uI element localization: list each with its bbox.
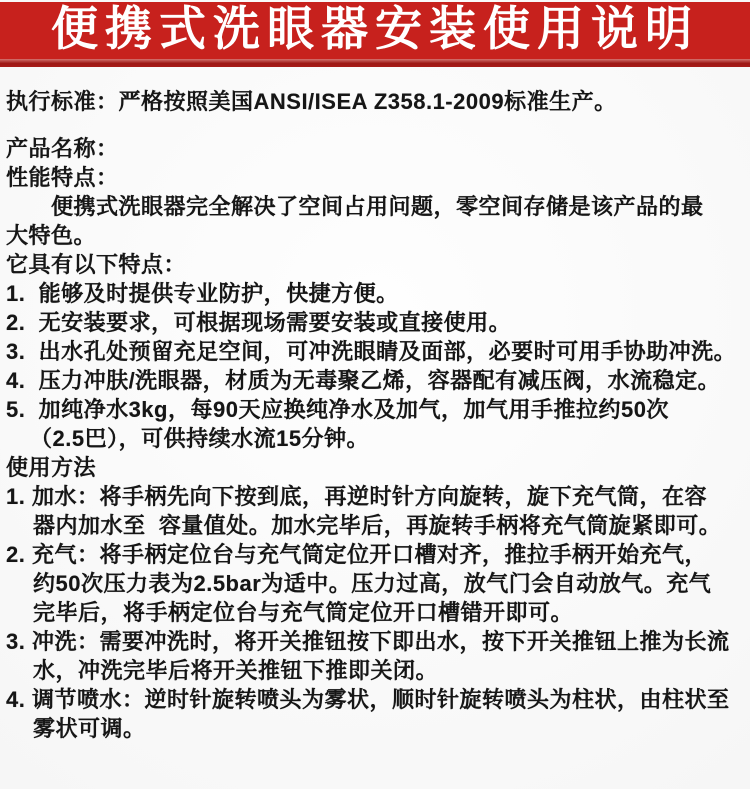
text-line: 4. 压力冲肤/洗眼器，材质为无毒聚乙烯，容器配有减压阀，水流稳定。	[6, 366, 746, 395]
text-line: 水，冲洗完毕后将开关推钮下推即关闭。	[6, 656, 746, 685]
title-banner: 便携式洗眼器安装使用说明	[0, 2, 750, 59]
text-line: 5. 加纯净水3kg，每90天应换纯净水及加气，加气用手推拉约50次	[6, 395, 746, 424]
document-page: 便携式洗眼器安装使用说明 执行标准：严格按照美国ANSI/ISEA Z358.1…	[0, 0, 750, 789]
text-line: 2. 充气：将手柄定位台与充气筒定位开口槽对齐，推拉手柄开始充气，	[6, 540, 746, 569]
text-line: 2. 无安装要求，可根据现场需要安装或直接使用。	[6, 308, 746, 337]
document-body: 执行标准：严格按照美国ANSI/ISEA Z358.1-2009标准生产。产品名…	[6, 87, 746, 743]
text-line: 执行标准：严格按照美国ANSI/ISEA Z358.1-2009标准生产。	[6, 87, 746, 116]
text-line: 器内加水至 容量值处。加水完毕后，再旋转手柄将充气筒旋紧即可。	[6, 511, 746, 540]
text-line: 约50次压力表为2.5bar为适中。压力过高，放气门会自动放气。充气	[6, 569, 746, 598]
text-line: 3. 冲洗：需要冲洗时，将开关推钮按下即出水，按下开关推钮上推为长流	[6, 627, 746, 656]
text-line: 使用方法	[6, 453, 746, 482]
banner-shadow-strip	[0, 59, 750, 67]
text-line: （2.5巴），可供持续水流15分钟。	[6, 424, 746, 453]
text-line: 雾状可调。	[6, 714, 746, 743]
text-line: 大特色。	[6, 221, 746, 250]
text-line: 便携式洗眼器完全解决了空间占用问题，零空间存储是该产品的最	[6, 192, 746, 221]
text-line: 它具有以下特点：	[6, 250, 746, 279]
text-line: 4. 调节喷水：逆时针旋转喷头为雾状，顺时针旋转喷头为柱状，由柱状至	[6, 685, 746, 714]
text-line: 3. 出水孔处预留充足空间，可冲洗眼睛及面部，必要时可用手协助冲洗。	[6, 337, 746, 366]
page-title: 便携式洗眼器安装使用说明	[0, 2, 750, 59]
text-line: 产品名称：	[6, 134, 746, 163]
text-line: 1. 能够及时提供专业防护，快捷方便。	[6, 279, 746, 308]
text-line: 1. 加水：将手柄先向下按到底，再逆时针方向旋转，旋下充气筒，在容	[6, 482, 746, 511]
text-line: 性能特点：	[6, 163, 746, 192]
text-line: 完毕后，将手柄定位台与充气筒定位开口槽错开即可。	[6, 598, 746, 627]
